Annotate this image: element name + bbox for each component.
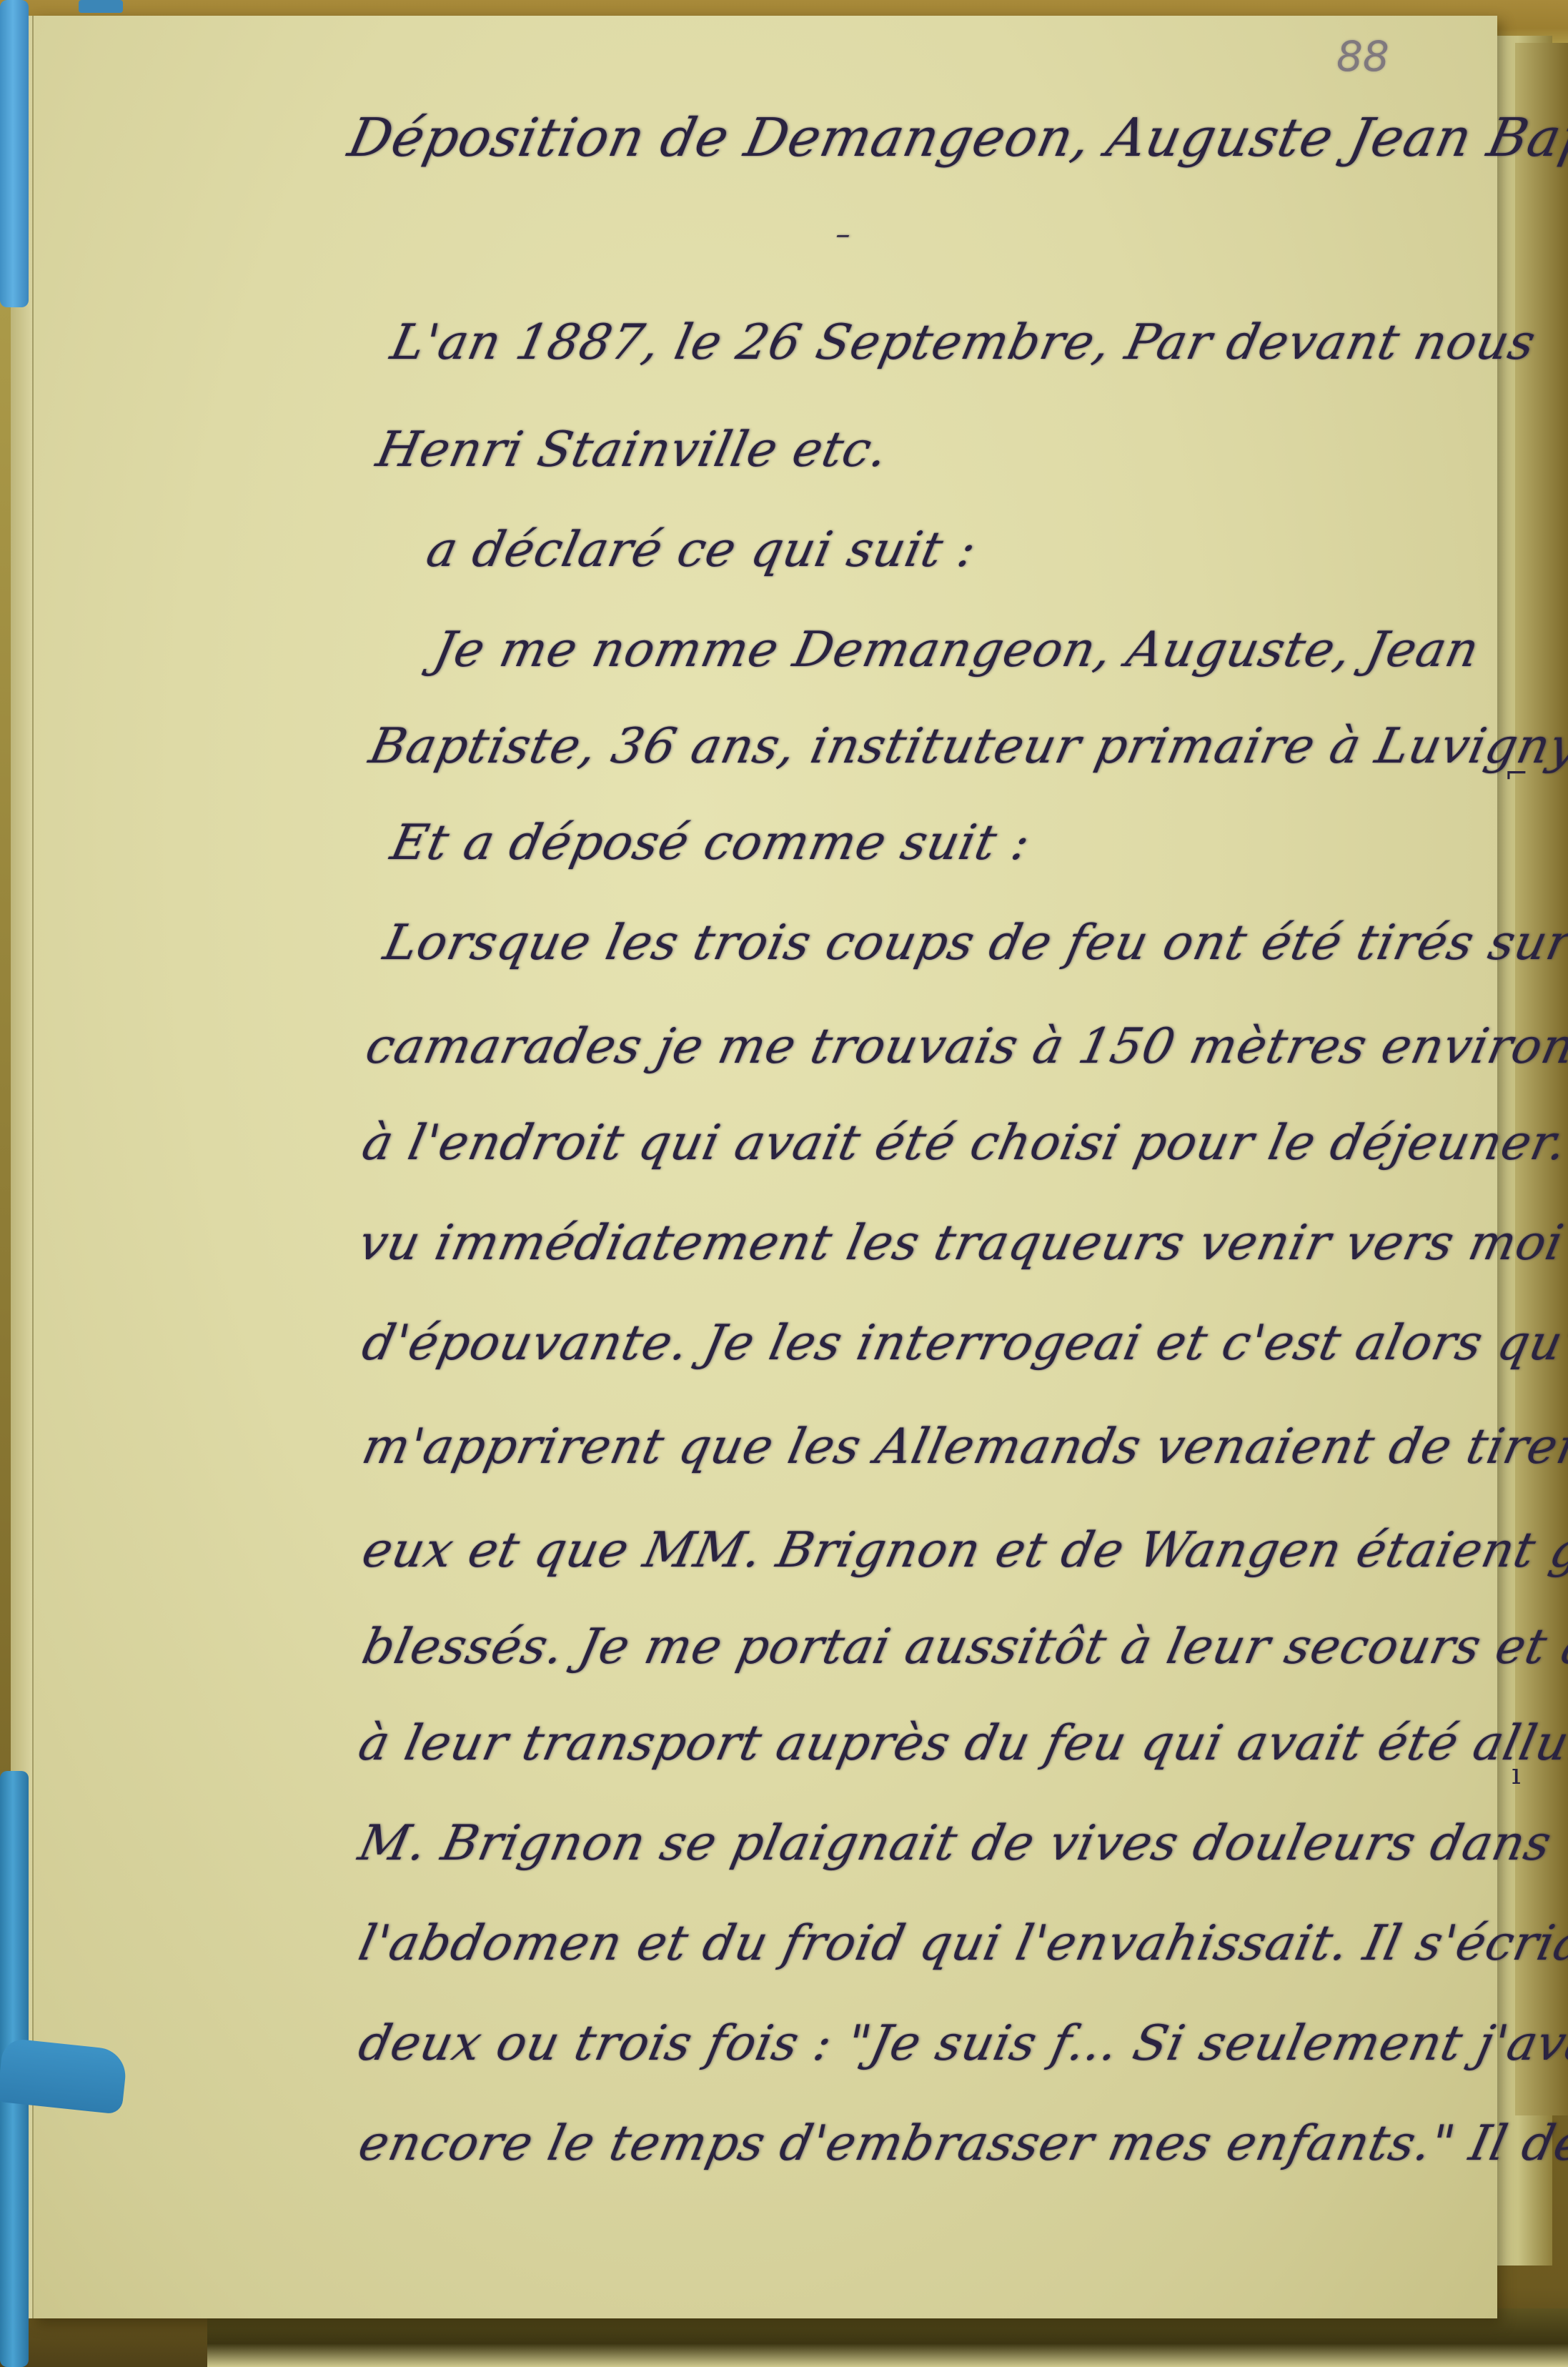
text-line-11: d'épouvante. Je les interrogeai et c'est…	[357, 1315, 1568, 1371]
margin-mark: ı	[1512, 1758, 1521, 1791]
text-line-6: Et a déposé comme suit :	[386, 815, 1036, 871]
text-line-17: l'abdomen et du froid qui l'envahissait.…	[354, 1915, 1568, 1972]
blue-binding-ribbon-top	[0, 0, 29, 307]
margin-mark: ⌐	[1504, 758, 1529, 790]
page-number: 88	[1336, 32, 1389, 81]
text-line-1: L'an 1887, le 26 Septembre, Par devant n…	[386, 314, 1541, 371]
ribbon-top-tab	[79, 0, 123, 13]
page-edge-line	[32, 16, 34, 2318]
text-line-13: eux et que MM. Brignon et de Wangen étai…	[357, 1522, 1568, 1579]
text-line-12: m'apprirent que les Allemands venaient d…	[357, 1419, 1568, 1475]
deposition-title: Déposition de Demangeon, Auguste Jean Ba…	[343, 107, 1568, 169]
text-line-16: M. Brignon se plaignait de vives douleur…	[354, 1815, 1557, 1872]
text-line-5: Baptiste, 36 ans, instituteur primaire à…	[364, 718, 1568, 775]
text-line-3: a déclaré ce qui suit :	[422, 522, 981, 578]
text-line-15: à leur transport auprès du feu qui avait…	[354, 1715, 1568, 1772]
text-line-9: à l'endroit qui avait été choisi pour le…	[357, 1115, 1568, 1171]
text-line-8: camarades je me trouvais à 150 mètres en…	[361, 1018, 1568, 1075]
text-line-14: blessés. Je me portai aussitôt à leur se…	[357, 1619, 1568, 1675]
text-line-2: Henri Stainville etc.	[372, 422, 893, 478]
text-line-18: deux ou trois fois : "Je suis f... Si se…	[354, 2015, 1568, 2072]
text-line-7: Lorsque les trois coups de feu ont été t…	[379, 915, 1568, 971]
text-line-4: Je me nomme Demangeon, Auguste, Jean	[429, 622, 1484, 678]
text-line-19: encore le temps d'embrasser mes enfants.…	[354, 2115, 1568, 2172]
text-line-10: vu immédiatement les traqueurs venir ver…	[354, 1215, 1568, 1271]
